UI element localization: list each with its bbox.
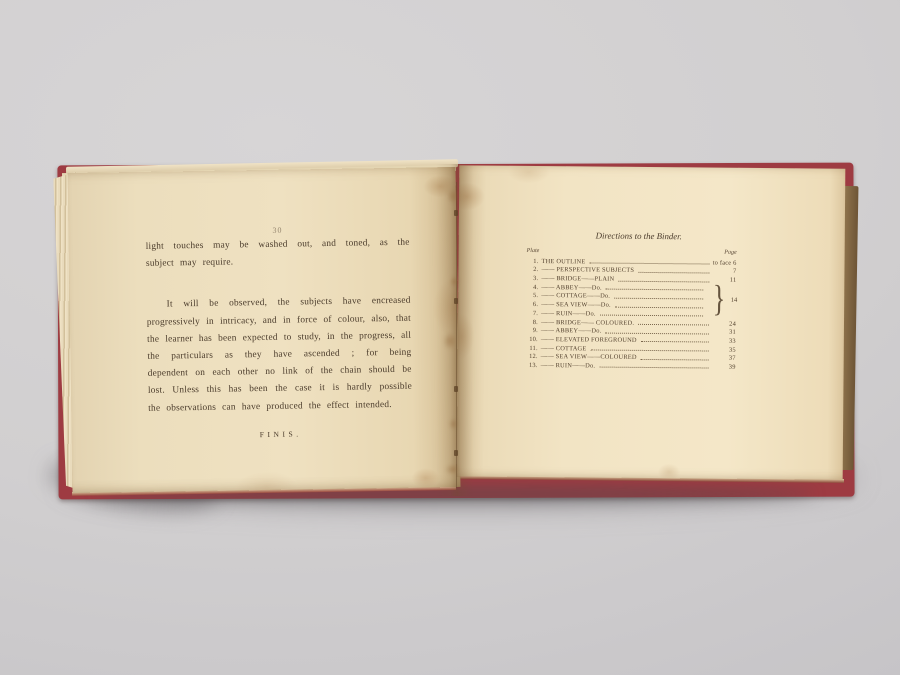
plate-title: —— RUIN——Do. (541, 362, 596, 369)
dotted-leader (599, 367, 708, 369)
dotted-leader (638, 272, 709, 274)
stitch-mark (454, 386, 458, 392)
page-ref: 35 (712, 346, 736, 353)
page-ref: 39 (712, 363, 736, 370)
grouping-brace: } (713, 282, 726, 319)
plate-number: 10. (526, 336, 538, 343)
plate-title: —— RUIN——Do. (541, 310, 596, 317)
plate-number: 9. (526, 327, 538, 334)
stitch-mark (454, 298, 458, 304)
plate-number: 8. (526, 318, 538, 325)
binder-row: 8. —— BRIDGE—— COLOURED. 24 (526, 317, 736, 328)
page-ref: 37 (712, 355, 736, 362)
page-ref: 7 (712, 268, 736, 275)
plate-title: —— SEA VIEW——COLOURED (541, 353, 637, 361)
dotted-leader (638, 324, 709, 326)
dotted-leader (618, 280, 709, 282)
dotted-leader (614, 298, 703, 300)
plate-number: 7. (526, 310, 538, 317)
paragraph: It will be observed, the subjects have e… (146, 293, 412, 418)
plate-title: —— ABBEY——Do. (541, 284, 602, 292)
stitch-mark (454, 450, 458, 456)
plate-title: —— BRIDGE—— COLOURED. (541, 319, 634, 327)
stitch-mark (454, 210, 458, 216)
foxing-spot (447, 188, 459, 204)
plate-number: 13. (526, 362, 538, 369)
plate-number: 11. (526, 344, 538, 351)
plate-title: —— COTTAGE (541, 345, 587, 352)
finis-label: FINIS. (149, 428, 413, 441)
plate-title: —— BRIDGE——PLAIN (541, 275, 614, 283)
page-ref: to face 6 (712, 259, 736, 266)
plate-column-header: Plate (527, 248, 540, 254)
plate-number: 5. (526, 292, 538, 299)
dotted-leader (641, 359, 709, 361)
plate-number: 1. (527, 258, 539, 265)
page-ref: 24 (712, 320, 736, 327)
foxing-spot (443, 332, 457, 350)
plate-number: 2. (526, 266, 538, 273)
plate-title: THE OUTLINE (541, 258, 585, 265)
page-ref: 31 (712, 329, 736, 336)
dotted-leader (641, 341, 709, 343)
left-page-text-block: 30 light touches may be washed out, and … (145, 224, 412, 441)
plate-number: 6. (526, 301, 538, 308)
plate-number: 4. (526, 284, 538, 291)
page-column-header: Page (724, 250, 736, 256)
stitch-line (456, 182, 457, 488)
foxing-spot (449, 418, 458, 430)
right-page: Directions to the Binder. Plate Page 1. … (457, 165, 846, 479)
brace-page-ref: 14 (731, 297, 737, 304)
plate-title: —— PERSPECTIVE SUBJECTS (541, 266, 634, 274)
plate-title: —— SEA VIEW——Do. (541, 301, 611, 309)
paragraph: light touches may be washed out, and ton… (146, 235, 411, 274)
dotted-leader (615, 306, 703, 308)
photo-background: 30 light touches may be washed out, and … (0, 0, 900, 675)
binder-directions-block: Directions to the Binder. Plate Page 1. … (526, 230, 737, 371)
book-spine-stitching (454, 182, 462, 488)
left-page: 30 light touches may be washed out, and … (68, 167, 461, 493)
binder-row: 12. —— SEA VIEW——COLOURED 37 (526, 351, 736, 362)
dotted-leader (600, 315, 703, 317)
binder-row: 13. —— RUIN——Do. 39 (526, 360, 736, 371)
dotted-leader (605, 332, 709, 334)
plate-title: —— ABBEY——Do. (541, 327, 602, 335)
plate-number: 3. (526, 275, 538, 282)
binder-row: 2. —— PERSPECTIVE SUBJECTS 7 (526, 265, 736, 276)
page-ref: 33 (712, 337, 736, 344)
binder-heading: Directions to the Binder. (527, 230, 737, 243)
foxing-spot (450, 276, 459, 287)
column-headers: Plate Page (527, 248, 737, 256)
binder-row: 10. —— ELEVATED FOREGROUND 33 (526, 334, 736, 345)
plate-title: —— COTTAGE——Do. (541, 292, 610, 300)
dotted-leader (606, 289, 704, 291)
foxing-spot (445, 464, 460, 475)
plate-number: 12. (526, 353, 538, 360)
binder-list: 1. THE OUTLINE to face 6 2. —— PERSPECTI… (526, 256, 737, 371)
plate-title: —— ELEVATED FOREGROUND (541, 336, 637, 344)
